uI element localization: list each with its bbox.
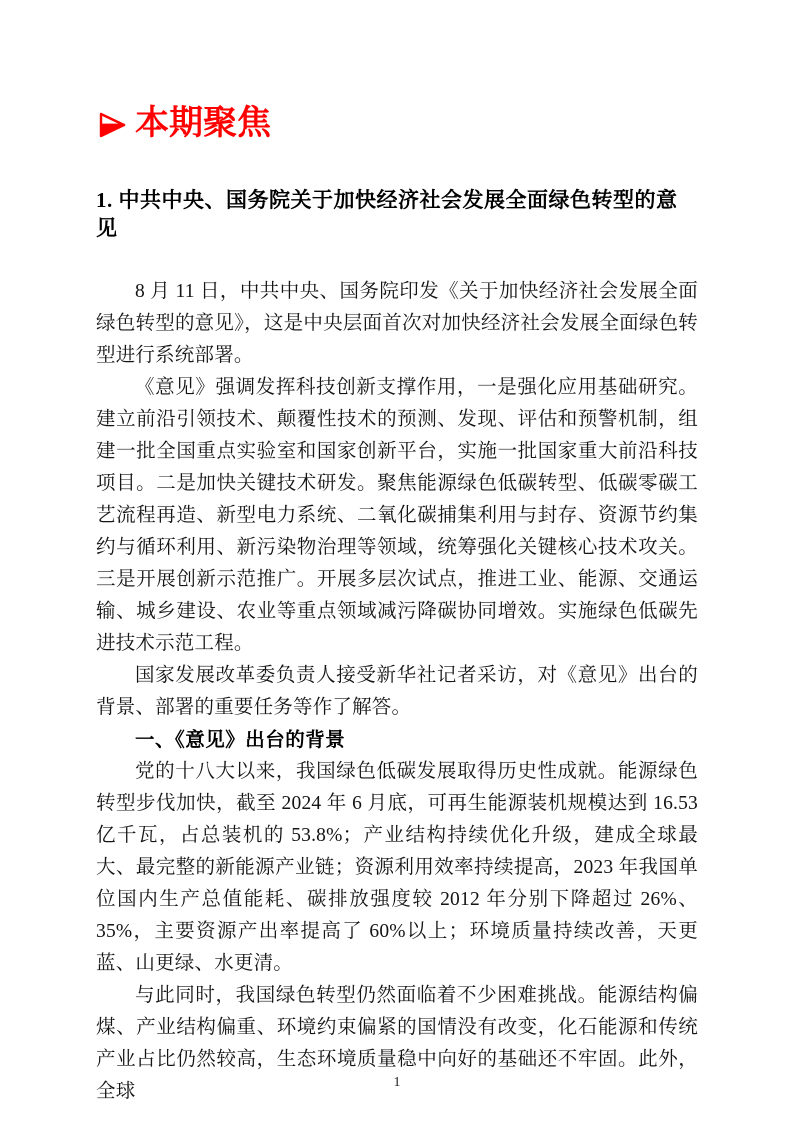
article-paragraph: 党的十八大以来，我国绿色低碳发展取得历史性成就。能源绿色转型步伐加快，截至 20… bbox=[96, 756, 698, 980]
article-paragraph: 8 月 11 日，中共中央、国务院印发《关于加快经济社会发展全面绿色转型的意见》… bbox=[96, 276, 698, 372]
focus-section-title: 本期聚焦 bbox=[135, 103, 271, 144]
page-footer: 1 bbox=[0, 1075, 794, 1091]
page-number: 1 bbox=[394, 1075, 401, 1090]
article-paragraph: 国家发展改革委负责人接受新华社记者采访，对《意见》出台的背景、部署的重要任务等作… bbox=[96, 660, 698, 724]
arrowhead-right-icon bbox=[99, 112, 126, 138]
article-paragraph: 《意见》强调发挥科技创新支撑作用，一是强化应用基础研究。建立前沿引领技术、颠覆性… bbox=[96, 372, 698, 660]
document-page: 本期聚焦 1. 中共中央、国务院关于加快经济社会发展全面绿色转型的意见 8 月 … bbox=[0, 0, 794, 1123]
article-title: 1. 中共中央、国务院关于加快经济社会发展全面绿色转型的意见 bbox=[96, 186, 698, 243]
section-heading-background: 一、《意见》出台的背景 bbox=[96, 724, 698, 756]
focus-section-header: 本期聚焦 bbox=[99, 103, 698, 144]
